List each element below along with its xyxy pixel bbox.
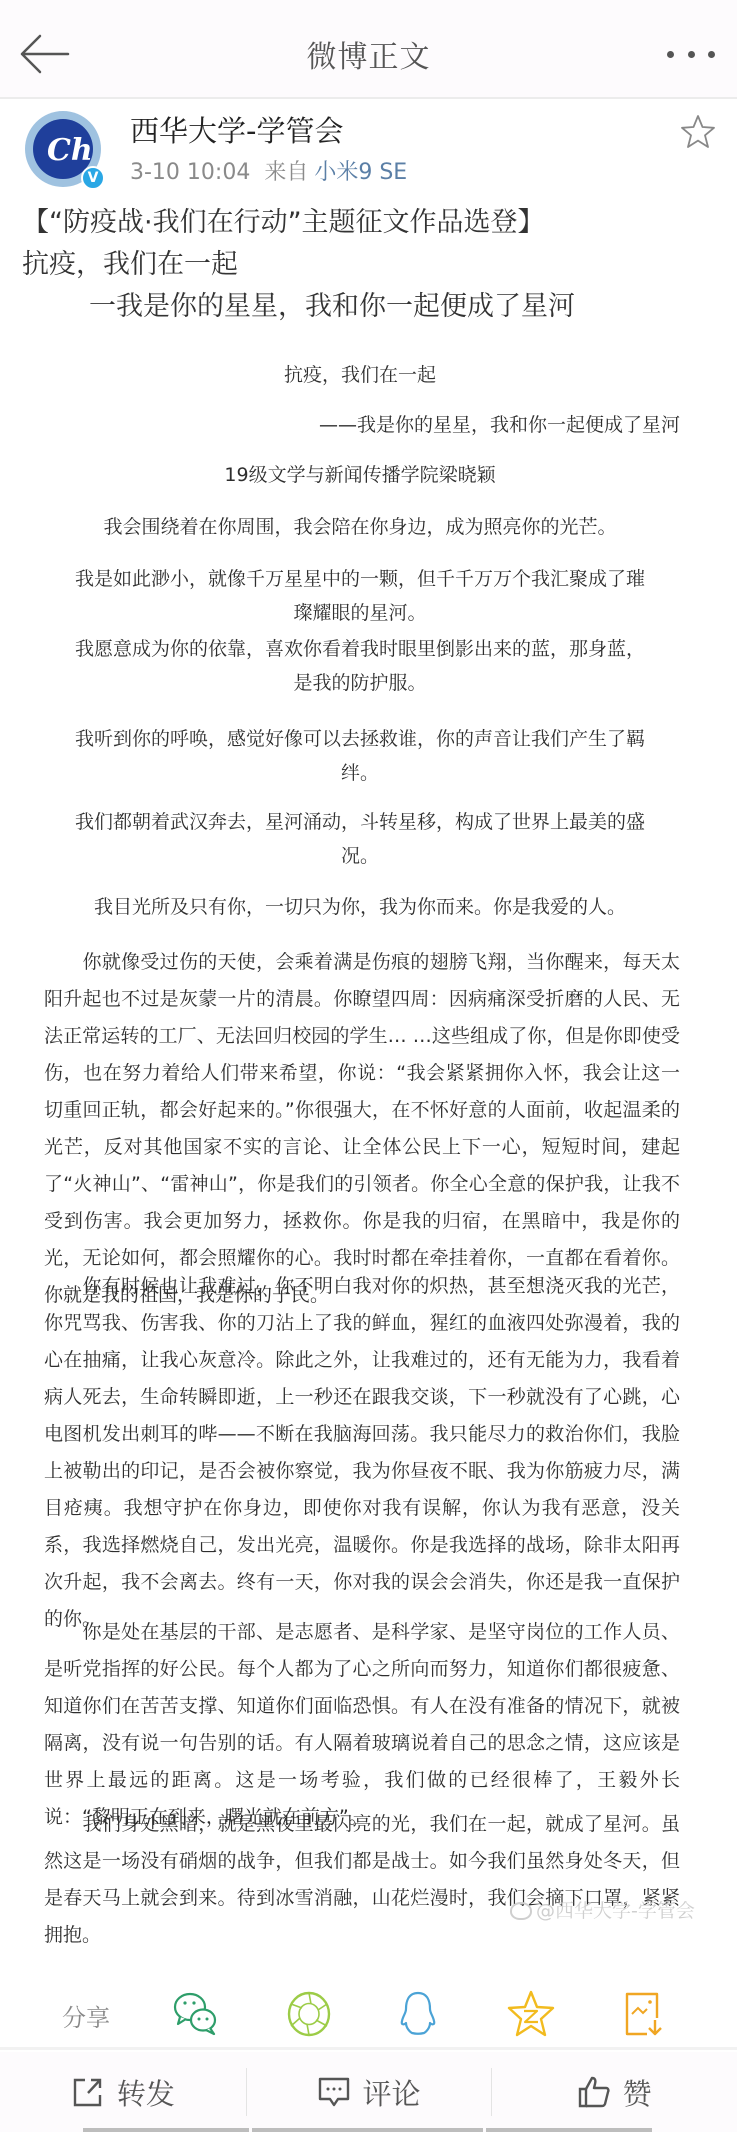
article-body-paragraph: 你有时候也让我难过，你不明白我对你的炽热，甚至想浇灭我的光芒，你咒骂我、伤害我、… <box>44 1268 680 1638</box>
like-button[interactable]: 赞 <box>491 2052 737 2132</box>
post-topic-line: 【“防疫战·我们在行动”主题征文作品选登】 <box>22 202 722 244</box>
wechat-icon[interactable] <box>170 1988 222 2040</box>
ellipsis-icon <box>688 51 695 58</box>
favorite-star-icon[interactable] <box>679 113 717 151</box>
article-body-paragraph: 我们身处黑暗，就是黑夜里最闪亮的光，我们在一起，就成了星河。虽然这是一场没有硝烟… <box>44 1806 680 1954</box>
article-centered-paragraph: 我们都朝着武汉奔去，星河涌动，斗转星移，构成了世界上最美的盛 况。 <box>40 805 680 873</box>
post-subtitle-line: 一我是你的星星，我和你一起便成了星河 <box>22 286 722 328</box>
save-image-icon[interactable] <box>617 1988 669 2040</box>
qq-penguin-icon[interactable] <box>392 1988 444 2040</box>
thumbs-up-icon <box>577 2075 611 2109</box>
moments-aperture-icon[interactable] <box>283 1988 335 2040</box>
ellipsis-icon <box>708 51 715 58</box>
verified-badge-icon: V <box>81 166 105 190</box>
qzone-star-icon[interactable] <box>505 1988 557 2040</box>
post-timestamp: 3-10 10:04 <box>130 160 250 185</box>
repost-icon <box>71 2075 105 2109</box>
author-name[interactable]: 西华大学-学管会 <box>130 109 343 150</box>
post-source-link[interactable]: 小米9 SE <box>314 160 407 185</box>
article-subtitle: ——我是你的星星，我和你一起便成了星河 <box>160 408 680 442</box>
repost-label: 转发 <box>117 2072 175 2113</box>
weibo-watermark: @西华大学-学管会 <box>510 1896 695 1923</box>
like-label: 赞 <box>623 2072 652 2113</box>
comment-button[interactable]: 评论 <box>246 2052 492 2132</box>
article-centered-paragraph: 我听到你的呼唤，感觉好像可以去拯救谁，你的声音让我们产生了羁 绊。 <box>40 722 680 790</box>
article-centered-paragraph: 我目光所及只有你，一切只为你，我为你而来。你是我爱的人。 <box>40 890 680 924</box>
share-bar: 分享 <box>0 1982 737 2050</box>
top-navbar: 微博正文 <box>0 0 737 99</box>
avatar-logo-glyph: Ch <box>47 133 93 168</box>
more-options-button[interactable] <box>667 44 715 64</box>
comment-label: 评论 <box>363 2072 421 2113</box>
bottom-action-bar: 转发 评论 赞 <box>0 2052 737 2132</box>
home-indicator-segment <box>486 2128 652 2132</box>
article-byline: 19级文学与新闻传播学院梁晓颖 <box>40 458 680 492</box>
article-centered-paragraph: 我愿意成为你的依靠，喜欢你看着我时眼里倒影出来的蓝，那身蓝， 是我的防护服。 <box>40 632 680 700</box>
article-title: 抗疫，我们在一起 <box>40 358 680 392</box>
article-body-paragraph: 你是处在基层的干部、是志愿者、是科学家、是坚守岗位的工作人员、是听党指挥的好公民… <box>44 1614 680 1836</box>
from-label: 来自 <box>264 160 308 185</box>
post-meta: 3-10 10:04来自小米9 SE <box>130 155 407 186</box>
weibo-logo-icon <box>510 1902 532 1920</box>
repost-button[interactable]: 转发 <box>0 2052 246 2132</box>
home-indicator-segment <box>83 2128 249 2132</box>
home-indicator-segment <box>252 2128 483 2132</box>
share-label: 分享 <box>62 1998 110 2033</box>
article-body-paragraph: 你就像受过伤的天使，会乘着满是伤痕的翅膀飞翔，当你醒来，每天太阳升起也不过是灰蒙… <box>44 944 680 1314</box>
ellipsis-icon <box>667 51 674 58</box>
post-title-line: 抗疫，我们在一起 <box>22 244 722 286</box>
article-centered-paragraph: 我会围绕着在你周围，我会陪在你身边，成为照亮你的光芒。 <box>40 510 680 544</box>
post-author-header: Ch V 西华大学-学管会 3-10 10:04来自小米9 SE <box>0 101 737 191</box>
post-body-text: 【“防疫战·我们在行动”主题征文作品选登】 抗疫，我们在一起 一我是你的星星，我… <box>22 202 722 328</box>
avatar[interactable]: Ch V <box>25 111 101 187</box>
page-title: 微博正文 <box>0 32 737 76</box>
comment-icon <box>317 2075 351 2109</box>
article-centered-paragraph: 我是如此渺小，就像千万星星中的一颗，但千千万万个我汇聚成了璀 璨耀眼的星河。 <box>40 562 680 630</box>
